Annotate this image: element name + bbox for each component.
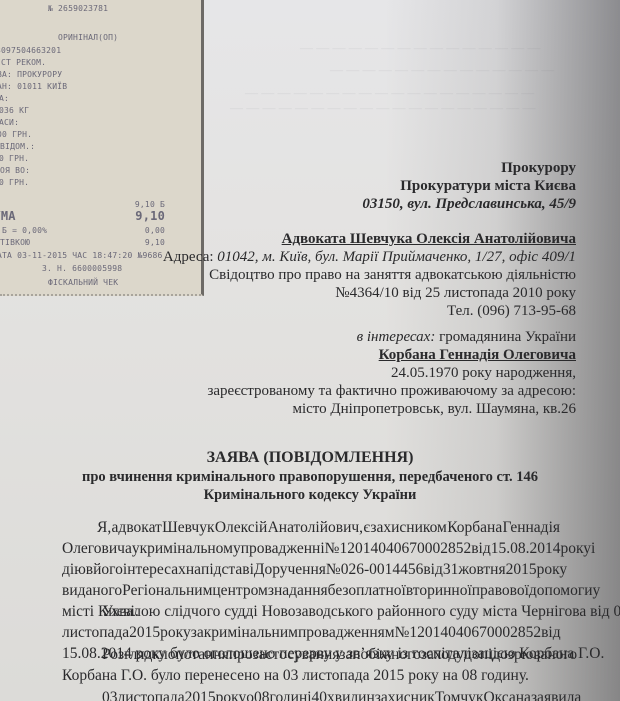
addressee-line2: Прокуратури міста Києва (400, 178, 576, 195)
receipt-value: 0,00 (145, 226, 165, 235)
sender-phone: Тел. (096) 713-95-68 (447, 303, 576, 320)
receipt-serial: З. Н. 6600005998 (42, 264, 122, 273)
receipt-total-value: 9,10 (135, 209, 165, 223)
body-line: Ухвалою слідчого судді Новозаводського р… (62, 601, 560, 622)
sender-address: Адреса: 01042, м. Київ, бул. Марії Прийм… (163, 249, 576, 266)
receipt-total-label: СУМА (0, 209, 16, 223)
body-line: виданогоРегіональнимцентромзнаданнябезоп… (62, 580, 560, 601)
receipt-datetime: ДАТА 03-11-2015 ЧАС 18:47:20 №9686 (0, 251, 163, 260)
receipt-line: ІСТ РЕКОМ. (0, 58, 46, 67)
receipt-vat-line: В Б = 0,00% (0, 226, 47, 235)
addressee-line1: Прокурору (501, 160, 576, 177)
receipt-value: 9,10 (145, 238, 165, 247)
client-interest: в інтересах: громадянина України (357, 329, 576, 346)
receipt-line: ЗВА: ПРОКУРОРУ (0, 70, 62, 79)
client-birth: 24.05.1970 року народження, (391, 365, 576, 382)
body-paragraph-3: Розглядклопотанняпрозастосуваннязапобіжн… (62, 644, 560, 686)
sender-certificate-line2: №4364/10 від 25 листопада 2010 року (335, 285, 576, 302)
receipt-line: ПОВІДОМ.: (0, 142, 35, 151)
receipt-line: № 2659023781 (48, 4, 108, 13)
body-line: діювйогоінтересахнапідставіДоручення№026… (62, 559, 560, 580)
sender-name: Адвоката Шевчука Олексія Анатолійовича (282, 231, 576, 248)
client-registered: зареєстрованому та фактично проживаючому… (207, 383, 576, 400)
sender-certificate-line1: Свідоцтво про право на заняття адвокатсь… (209, 267, 576, 284)
receipt-line: ДАН: 01011 КИЇВ (0, 82, 67, 91)
body-line: Я,адвокатШевчукОлексійАнатолійович,єзахи… (62, 517, 560, 538)
receipt-value: 9,10 Б (135, 200, 165, 209)
client-interest-value: громадянина України (439, 329, 576, 345)
document-title: ЗАЯВА (ПОВІДОМЛЕННЯ) (0, 449, 620, 467)
client-interest-label: в інтересах: (357, 329, 436, 345)
document-page: — — — — — — — — — — — — — — — — — — — — … (0, 0, 620, 701)
receipt-line: ТРОЯ ВО: (0, 166, 30, 175)
body-line: Олеговичаукримінальномупровадженні№12014… (62, 538, 560, 559)
body-line: Корбана Г.О. було перенесено на 03 листо… (62, 665, 560, 686)
bleed-through-text: — — — — — — — — — — — — — — — — — — (245, 85, 534, 101)
sender-address-value: 01042, м. Київ, бул. Марії Приймаченко, … (217, 249, 576, 265)
receipt-cash-label: ГОТІВКОЮ (0, 238, 30, 247)
sender-address-label: Адреса: (163, 249, 214, 265)
body-paragraph-4: 03листопада2015рокуо08годині40хвилинзахи… (62, 687, 560, 701)
body-line: листопада2015рокузакримінальнимпроваджен… (62, 622, 560, 643)
receipt-line: ОРИНІНАЛ(ОП) (58, 33, 118, 42)
bleed-through-text: — — — — — — — — — — — — — — — — — — — (230, 100, 536, 116)
addressee-line3: 03150, вул. Предславинська, 45/9 (362, 196, 576, 213)
bleed-through-text: — — — — — — — — — — — — — — — (300, 40, 541, 56)
document-subtitle-1: про вчинення кримінального правопорушенн… (0, 469, 620, 486)
receipt-line: МАСИ: (0, 118, 19, 127)
receipt-line: ГА: (0, 94, 9, 103)
receipt-line: 000 ГРН. (0, 130, 32, 139)
body-line: Розглядклопотанняпрозастосуваннязапобіжн… (62, 644, 560, 665)
client-address: місто Дніпропетровськ, вул. Шаумяна, кв.… (292, 401, 576, 418)
body-line: 03листопада2015рокуо08годині40хвилинзахи… (62, 687, 560, 701)
receipt-footer: ФІСКАЛЬНИЙ ЧЕК (48, 278, 118, 287)
client-name: Корбана Геннадія Олеговича (379, 347, 576, 364)
receipt-line: 0036 КГ (0, 106, 29, 115)
document-subtitle-2: Кримінального кодексу України (0, 487, 620, 504)
bleed-through-text: — — — — — — — — — — — — — — (330, 62, 554, 78)
receipt-line: 3097504663201 (0, 46, 61, 55)
receipt-line: 10 ГРН. (0, 154, 29, 163)
receipt-line: 10 ГРН. (0, 178, 29, 187)
